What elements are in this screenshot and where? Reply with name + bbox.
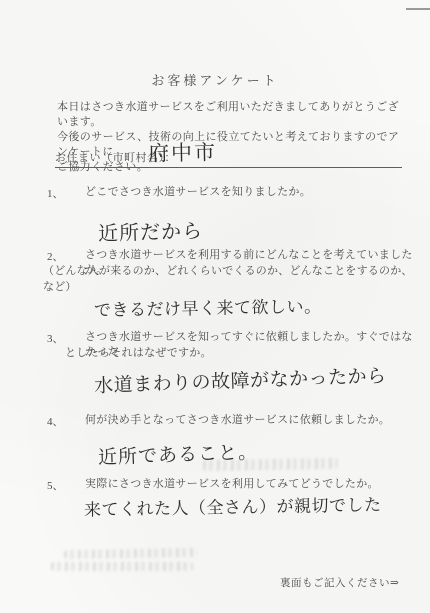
intro-line-1: 本日はさつき水道サービスをご利用いただきましてありがとうございます。: [57, 100, 407, 130]
question-3-number: 3、: [47, 330, 64, 346]
residence-field: お住まい（市町村名）： 府中市: [55, 146, 402, 168]
reverse-side-note: 裏面もご記入ください⇒: [280, 575, 399, 590]
question-1-number: 1、: [47, 185, 64, 201]
answer-2-handwritten: できるだけ早く来て欲しい。: [94, 292, 322, 321]
question-2-note: （どんな人が来るのか、どれくらいでくるのか、どんなことをするのか、など）: [43, 262, 423, 294]
question-3-text-line2: としたらそれはなぜですか。: [65, 344, 410, 360]
residence-value-handwritten: 府中市: [148, 136, 218, 167]
page-title: お客様アンケート: [0, 70, 430, 89]
ink-bleedthrough-smudge: [51, 562, 193, 571]
survey-page: お客様アンケート 本日はさつき水道サービスをご利用いただきましてありがとうござい…: [0, 0, 430, 613]
scan-artifact-line: [406, 8, 430, 10]
ink-bleedthrough-smudge: [64, 548, 197, 559]
question-1-text: どこでさつき水道サービスを知りましたか。: [85, 185, 420, 200]
answer-1-handwritten: 近所だから: [98, 215, 204, 247]
question-4-number: 4、: [47, 413, 64, 429]
answer-3-handwritten: 水道まわりの故障がなかったから: [94, 361, 387, 398]
ink-bleedthrough-smudge: [203, 458, 338, 471]
answer-5-handwritten: 来てくれた人（全さん）が親切でした: [84, 490, 382, 520]
question-5-number: 5、: [47, 477, 64, 493]
question-4-text: 何が決め手となってさつき水道サービスに依頼しましたか。: [85, 413, 420, 428]
